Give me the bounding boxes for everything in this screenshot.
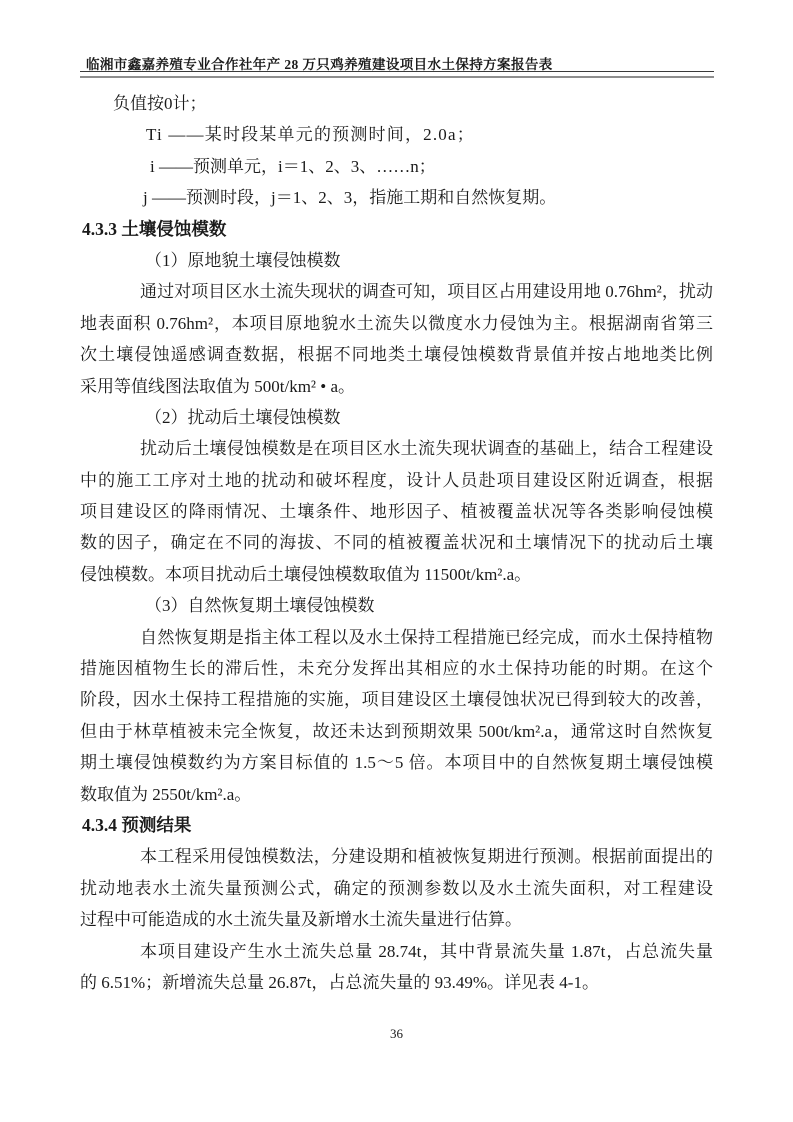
item-title-3: （3）自然恢复期土壤侵蚀模数 [80,590,713,621]
page-number: 36 [0,1026,793,1042]
paragraph-line: 自然恢复期是指主体工程以及水土保持工程措施已经完成，而水土保持植物 [80,622,713,653]
header-title: 临湘市鑫嘉养殖专业合作社年产 28 万只鸡养殖建设项目水土保持方案报告表 [86,53,553,73]
formula-term-j: j ——预测时段，j＝1、2、3，指施工期和自然恢复期。 [80,182,713,213]
paragraph-line: 本工程采用侵蚀模数法，分建设期和植被恢复期进行预测。根据前面提出的 [80,841,713,872]
paragraph-line: 但由于林草植被未完全恢复，故还未达到预期效果 500t/km².a，通常这时自然… [80,716,713,747]
document-body: 负值按0计； Ti ——某时段某单元的预测时间，2.0a； i ——预测单元，i… [80,88,713,998]
paragraph-line: 次土壤侵蚀遥感调查数据，根据不同地类土壤侵蚀模数背景值并按占地地类比例 [80,339,713,370]
paragraph-line: 侵蚀模数。本项目扰动后土壤侵蚀模数取值为 11500t/km².a。 [80,559,713,590]
section-heading-433: 4.3.3 土壤侵蚀模数 [80,214,713,245]
paragraph-line: 期土壤侵蚀模数约为方案目标值的 1.5～5 倍。本项目中的自然恢复期土壤侵蚀模 [80,747,713,778]
paragraph-line: 项目建设区的降雨情况、土壤条件、地形因子、植被覆盖状况等各类影响侵蚀模 [80,496,713,527]
paragraph-line: 本项目建设产生水土流失总量 28.74t，其中背景流失量 1.87t，占总流失量 [80,936,713,967]
paragraph-line: 的 6.51%；新增流失总量 26.87t，占总流失量的 93.49%。详见表 … [80,967,713,998]
document-page: 临湘市鑫嘉养殖专业合作社年产 28 万只鸡养殖建设项目水土保持方案报告表 负值按… [0,0,793,1122]
paragraph-line: 措施因植物生长的滞后性，未充分发挥出其相应的水土保持功能的时期。在这个 [80,653,713,684]
paragraph-line: 扰动地表水土流失量预测公式，确定的预测参数以及水土流失面积，对工程建设 [80,873,713,904]
formula-term-i: i ——预测单元，i＝1、2、3、……n； [80,151,713,182]
paragraph-line: 过程中可能造成的水土流失量及新增水土流失量进行估算。 [80,904,713,935]
section-heading-434: 4.3.4 预测结果 [80,810,713,841]
formula-term-ti: Ti ——某时段某单元的预测时间，2.0a； [80,119,713,150]
header-rule-bottom [80,76,714,78]
header-rule-top [80,71,714,72]
paragraph-line: 数取值为 2550t/km².a。 [80,779,713,810]
paragraph-line: 采用等值线图法取值为 500t/km² • a。 [80,371,713,402]
paragraph-line: 中的施工工序对土地的扰动和破坏程度，设计人员赴项目建设区附近调查，根据 [80,465,713,496]
paragraph-line: 扰动后土壤侵蚀模数是在项目区水土流失现状调查的基础上，结合工程建设 [80,433,713,464]
paragraph-line: 通过对项目区水土流失现状的调查可知，项目区占用建设用地 0.76hm²，扰动 [80,276,713,307]
paragraph-line: 数的因子，确定在不同的海拔、不同的植被覆盖状况和土壤情况下的扰动后土壤 [80,527,713,558]
paragraph-line: 阶段，因水土保持工程措施的实施，项目建设区土壤侵蚀状况已得到较大的改善， [80,684,713,715]
formula-note-line: 负值按0计； [80,88,713,119]
item-title-1: （1）原地貌土壤侵蚀模数 [80,245,713,276]
paragraph-line: 地表面积 0.76hm²，本项目原地貌水土流失以微度水力侵蚀为主。根据湖南省第三 [80,308,713,339]
item-title-2: （2）扰动后土壤侵蚀模数 [80,402,713,433]
